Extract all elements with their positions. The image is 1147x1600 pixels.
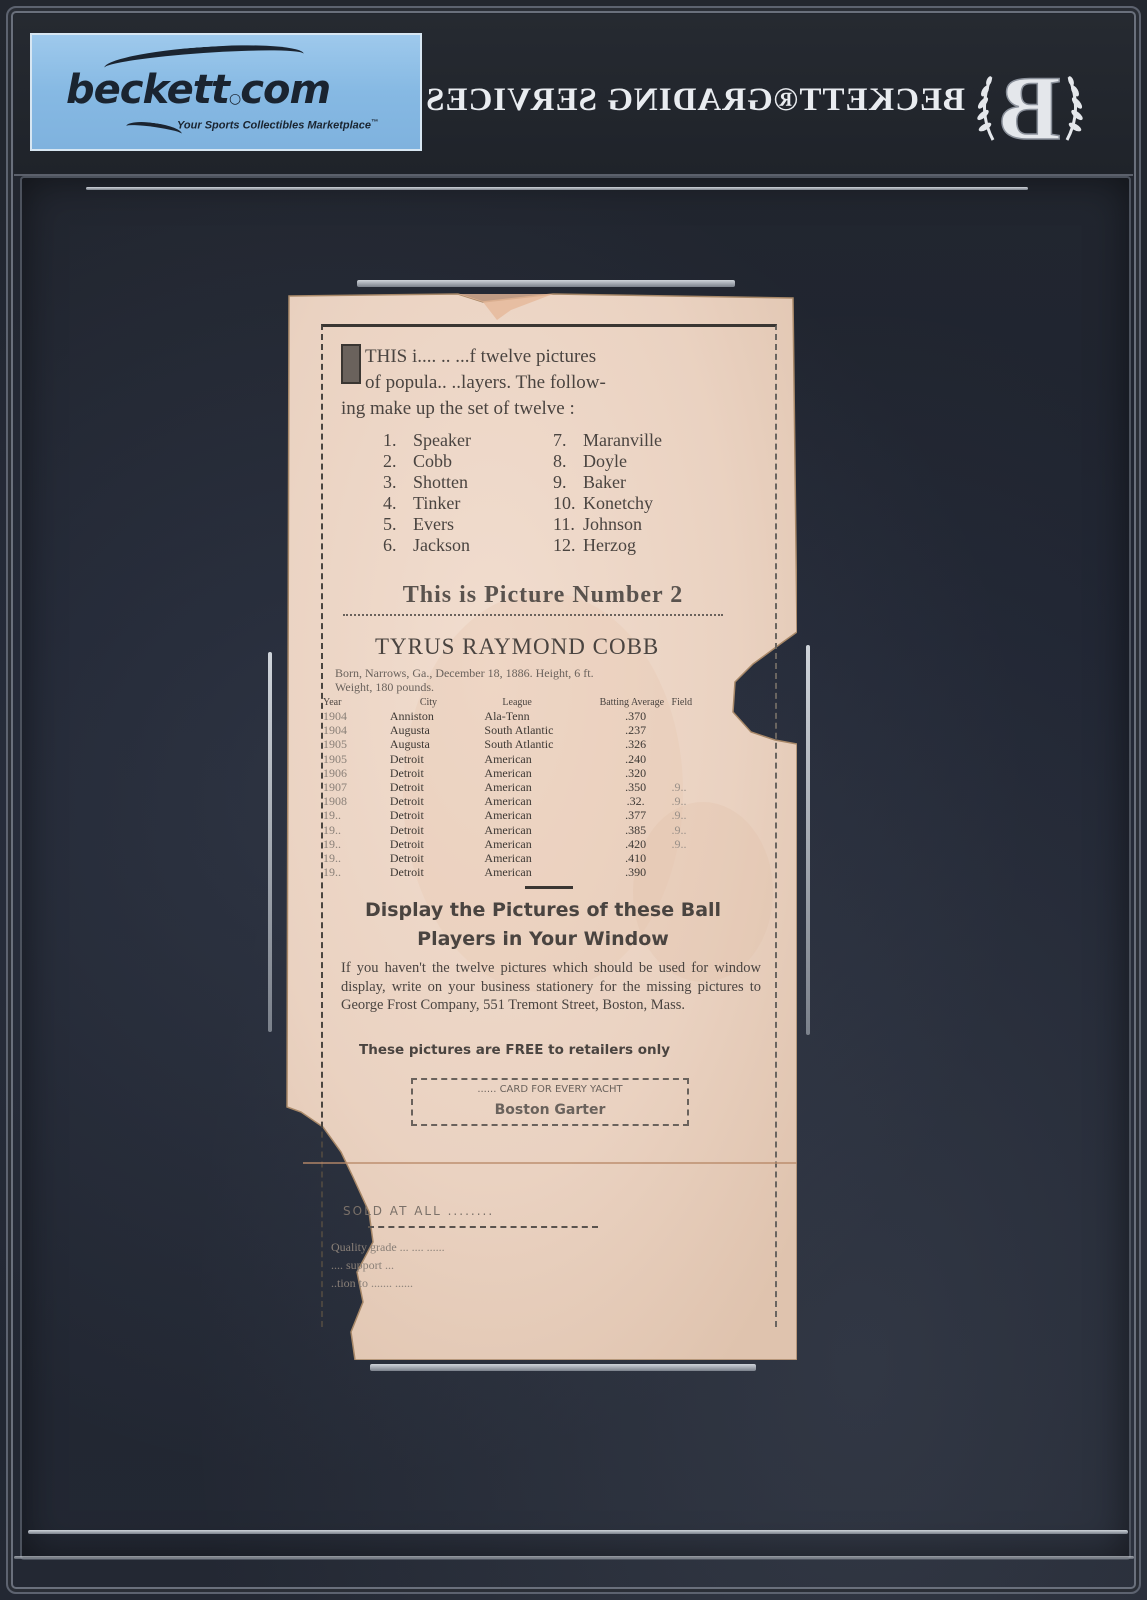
list-item: 7.Maranville xyxy=(553,430,723,451)
cell-league: South Atlantic xyxy=(484,723,599,737)
window-display-paragraph: If you haven't the twelve pictures which… xyxy=(341,959,761,1015)
player-name: Doyle xyxy=(583,451,627,471)
table-row: 1905AugustaSouth Atlantic.326 xyxy=(323,737,723,751)
lower-rule xyxy=(368,1226,598,1228)
cell-year: 1908 xyxy=(323,794,390,808)
logo-letter: B xyxy=(999,57,1060,155)
cell-league: American xyxy=(484,865,599,879)
item-number: 3. xyxy=(383,472,413,493)
swoosh-small-icon xyxy=(125,119,182,141)
domain-suffix: com xyxy=(240,67,330,113)
cell-field: .9.. xyxy=(672,823,723,837)
card-holder-top-rail xyxy=(357,280,735,287)
cell-city: Detroit xyxy=(390,823,485,837)
item-number: 10. xyxy=(553,493,583,514)
col-field: Field xyxy=(672,696,723,709)
item-number: 1. xyxy=(383,430,413,451)
intro-line-3: ing make up the set of twelve : xyxy=(341,396,753,422)
cell-league: American xyxy=(484,823,599,837)
cell-avg: .32. xyxy=(600,794,672,808)
list-item: 4.Tinker xyxy=(383,493,553,514)
lower-faded-text: Quality grade ... .... ...... .... suppo… xyxy=(331,1238,731,1292)
table-row: 1907DetroitAmerican.350.9.. xyxy=(323,780,723,794)
cell-year: 19.. xyxy=(323,851,390,865)
item-number: 6. xyxy=(383,535,413,556)
cell-avg: .410 xyxy=(600,851,672,865)
player-list-left: 1.Speaker 2.Cobb 3.Shotten 4.Tinker 5.Ev… xyxy=(383,430,553,556)
cell-city: Detroit xyxy=(390,851,485,865)
stats-table: Year City League Batting Average Field 1… xyxy=(323,696,723,879)
list-item: 8.Doyle xyxy=(553,451,723,472)
cell-city: Detroit xyxy=(390,865,485,879)
cell-league: American xyxy=(484,766,599,780)
laurel-wreath-icon: B xyxy=(975,55,1085,155)
picture-number-heading: This is Picture Number 2 xyxy=(343,582,743,609)
item-number: 12. xyxy=(553,535,583,556)
player-name: Maranville xyxy=(583,430,662,450)
bio-line-1: Born, Narrows, Ga., December 18, 1886. H… xyxy=(335,666,755,680)
table-row: 1906DetroitAmerican.320 xyxy=(323,766,723,780)
grader-name-mirrored: BECKETT®GRADING SERVICES xyxy=(440,82,965,119)
cell-city: Detroit xyxy=(390,837,485,851)
col-city: City xyxy=(390,696,485,709)
cell-league: American xyxy=(484,808,599,822)
cell-city: Detroit xyxy=(390,752,485,766)
brand-name: beckett xyxy=(66,67,229,113)
player-name: Evers xyxy=(413,514,454,534)
cell-field: .9.. xyxy=(672,808,723,822)
intro-paragraph: THIS i.... .. ...f twelve pictures of po… xyxy=(341,344,753,422)
beckett-com-badge: beckett○com Your Sports Collectibles Mar… xyxy=(30,33,422,151)
cell-year: 19.. xyxy=(323,865,390,879)
table-row: 1904AnnistonAla-Tenn.370 xyxy=(323,709,723,723)
list-item: 10.Konetchy xyxy=(553,493,723,514)
table-row: 19..DetroitAmerican.377.9.. xyxy=(323,808,723,822)
free-to-retailers-line: These pictures are FREE to retailers onl… xyxy=(359,1042,759,1058)
cell-city: Detroit xyxy=(390,794,485,808)
cell-league: American xyxy=(484,752,599,766)
cell-field xyxy=(672,709,723,723)
lower-line-2: .... support ... xyxy=(331,1256,731,1274)
list-item: 1.Speaker xyxy=(383,430,553,451)
cell-city: Anniston xyxy=(390,709,485,723)
cell-avg: .370 xyxy=(600,709,672,723)
cell-avg: .390 xyxy=(600,865,672,879)
heading-rule xyxy=(343,614,723,616)
cell-year: 19.. xyxy=(323,808,390,822)
player-name: Herzog xyxy=(583,535,636,555)
card-holder-right-rail xyxy=(806,645,810,1035)
item-number: 9. xyxy=(553,472,583,493)
cell-avg: .377 xyxy=(600,808,672,822)
cell-league: South Atlantic xyxy=(484,737,599,751)
cell-field xyxy=(672,737,723,751)
lower-line-3: ..tion to ....... ...... xyxy=(331,1274,731,1292)
graded-card-slab: beckett○com Your Sports Collectibles Mar… xyxy=(0,0,1147,1600)
dropcap-ornament xyxy=(341,344,361,384)
table-row: 1908DetroitAmerican.32..9.. xyxy=(323,794,723,808)
cell-year: 1906 xyxy=(323,766,390,780)
lower-line-1: Quality grade ... .... ...... xyxy=(331,1238,731,1256)
cell-city: Detroit xyxy=(390,808,485,822)
ad-line-2: Boston Garter xyxy=(413,1100,687,1120)
player-name: Johnson xyxy=(583,514,642,534)
table-row: 19..DetroitAmerican.420.9.. xyxy=(323,837,723,851)
cell-year: 1907 xyxy=(323,780,390,794)
stats-body: 1904AnnistonAla-Tenn.3701904AugustaSouth… xyxy=(323,709,723,879)
list-item: 5.Evers xyxy=(383,514,553,535)
item-number: 5. xyxy=(383,514,413,535)
player-name: Cobb xyxy=(413,451,452,471)
tagline-text: Your Sports Collectibles Marketplace xyxy=(177,120,371,132)
list-item: 9.Baker xyxy=(553,472,723,493)
domain-dot: ○ xyxy=(229,91,240,107)
display-heading-line-1: Display the Pictures of these Ball xyxy=(333,896,753,925)
item-number: 8. xyxy=(553,451,583,472)
cell-avg: .240 xyxy=(600,752,672,766)
lower-heading: SOLD AT ALL ........ xyxy=(343,1204,683,1218)
cell-field xyxy=(672,766,723,780)
intro-line-2: of popula.. ..layers. The follow- xyxy=(341,370,753,396)
beckett-com-wordmark: beckett○com xyxy=(66,67,330,113)
stats-header-row: Year City League Batting Average Field xyxy=(323,696,723,709)
cell-field: .9.. xyxy=(672,780,723,794)
cell-avg: .420 xyxy=(600,837,672,851)
table-row: 1905DetroitAmerican.240 xyxy=(323,752,723,766)
card-holder-bottom-rail xyxy=(370,1364,756,1371)
cell-league: American xyxy=(484,851,599,865)
cell-avg: .237 xyxy=(600,723,672,737)
display-heading-line-2: Players in Your Window xyxy=(333,925,753,954)
item-number: 11. xyxy=(553,514,583,535)
cell-league: Ala-Tenn xyxy=(484,709,599,723)
card-crease xyxy=(303,1162,797,1164)
item-number: 2. xyxy=(383,451,413,472)
list-item: 3.Shotten xyxy=(383,472,553,493)
cell-avg: .326 xyxy=(600,737,672,751)
slab-rail-top xyxy=(86,187,1028,190)
table-row: 1904AugustaSouth Atlantic.237 xyxy=(323,723,723,737)
cell-year: 1904 xyxy=(323,723,390,737)
cell-avg: .385 xyxy=(600,823,672,837)
featured-player-name: TYRUS RAYMOND COBB xyxy=(375,634,735,660)
cell-year: 1905 xyxy=(323,752,390,766)
cell-field xyxy=(672,851,723,865)
advertisement-box: ...... CARD FOR EVERY YACHT Boston Garte… xyxy=(411,1078,689,1126)
cell-field: .9.. xyxy=(672,794,723,808)
list-item: 6.Jackson xyxy=(383,535,553,556)
player-name: Shotten xyxy=(413,472,468,492)
list-item: 12.Herzog xyxy=(553,535,723,556)
section-rule xyxy=(525,886,573,889)
player-bio: Born, Narrows, Ga., December 18, 1886. H… xyxy=(335,666,755,694)
card-print: THIS i.... .. ...f twelve pictures of po… xyxy=(283,292,797,1360)
card-holder-left-rail xyxy=(268,652,272,1032)
table-row: 19..DetroitAmerican.385.9.. xyxy=(323,823,723,837)
display-heading: Display the Pictures of these Ball Playe… xyxy=(333,896,753,954)
baseball-card-back: THIS i.... .. ...f twelve pictures of po… xyxy=(283,292,797,1360)
slab-rail-bottom-outer xyxy=(14,1556,1134,1559)
cell-field xyxy=(672,752,723,766)
cell-year: 19.. xyxy=(323,823,390,837)
item-number: 4. xyxy=(383,493,413,514)
cell-city: Detroit xyxy=(390,780,485,794)
player-name: Tinker xyxy=(413,493,460,513)
cell-avg: .320 xyxy=(600,766,672,780)
col-year: Year xyxy=(323,696,390,709)
bio-line-2: Weight, 180 pounds. xyxy=(335,680,755,694)
cell-avg: .350 xyxy=(600,780,672,794)
table-row: 19..DetroitAmerican.410 xyxy=(323,851,723,865)
cell-year: 19.. xyxy=(323,837,390,851)
player-name: Baker xyxy=(583,472,626,492)
cell-field xyxy=(672,865,723,879)
trademark-mark: ™ xyxy=(371,119,378,126)
cell-year: 1905 xyxy=(323,737,390,751)
cell-year: 1904 xyxy=(323,709,390,723)
cell-city: Augusta xyxy=(390,723,485,737)
player-name: Jackson xyxy=(413,535,470,555)
cell-field: .9.. xyxy=(672,837,723,851)
item-number: 7. xyxy=(553,430,583,451)
cell-league: American xyxy=(484,794,599,808)
slab-rail-bottom xyxy=(28,1530,1128,1534)
tagline: Your Sports Collectibles Marketplace™ xyxy=(177,119,378,132)
col-batting-average: Batting Average xyxy=(600,696,672,709)
player-name: Konetchy xyxy=(583,493,653,513)
ad-line-1: ...... CARD FOR EVERY YACHT xyxy=(413,1080,687,1100)
col-league: League xyxy=(484,696,599,709)
intro-line-1: THIS i.... .. ...f twelve pictures xyxy=(341,344,753,370)
cell-city: Augusta xyxy=(390,737,485,751)
cell-field xyxy=(672,723,723,737)
player-name: Speaker xyxy=(413,430,471,450)
table-row: 19..DetroitAmerican.390 xyxy=(323,865,723,879)
cell-league: American xyxy=(484,780,599,794)
cell-city: Detroit xyxy=(390,766,485,780)
list-item: 11.Johnson xyxy=(553,514,723,535)
list-item: 2.Cobb xyxy=(383,451,553,472)
cell-league: American xyxy=(484,837,599,851)
player-list-right: 7.Maranville 8.Doyle 9.Baker 10.Konetchy… xyxy=(553,430,723,556)
